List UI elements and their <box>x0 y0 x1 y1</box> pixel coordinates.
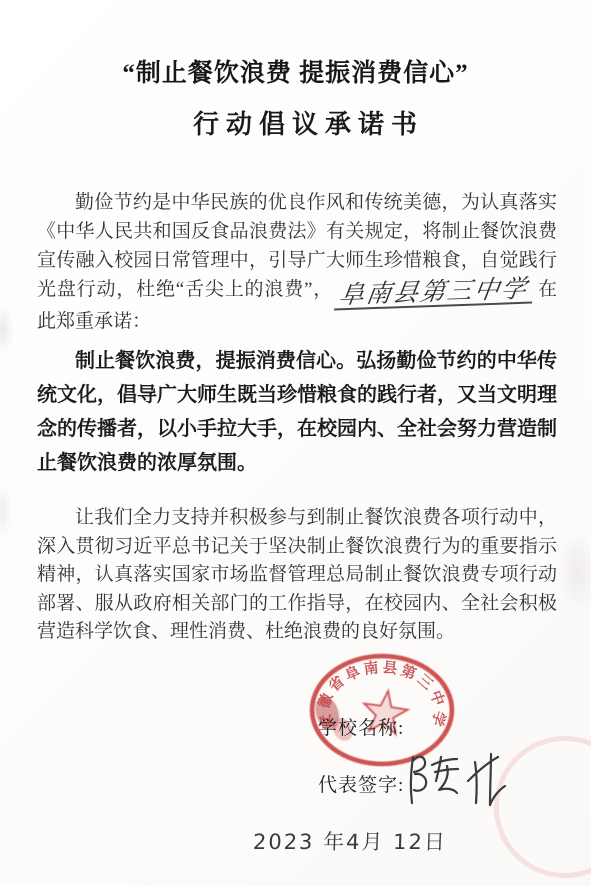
document-title: “制止餐饮浪费 提振消费信心” <box>0 58 591 90</box>
document-subtitle: 行动倡议承诺书 <box>0 109 591 141</box>
school-name-label: 学校名称: <box>318 713 404 740</box>
representative-signature-handwriting <box>402 750 520 810</box>
representative-signature-label: 代表签字: <box>318 770 404 797</box>
paragraph-pledge: 制止餐饮浪费，提振消费信心。弘扬勤俭节约的中华传统文化，倡导广大师生既当珍惜粮食… <box>37 344 557 480</box>
scan-smudge <box>0 303 14 355</box>
document-date: 2023 年4月 12日 <box>252 826 473 856</box>
scan-smudge <box>558 532 591 612</box>
commitment-letter-page: “制止餐饮浪费 提振消费信心” 行动倡议承诺书 勤俭节约是中华民族的优良作风和传… <box>0 0 591 886</box>
paragraph-intro: 勤俭节约是中华民族的优良作风和传统美德，为认真落实《中华人民共和国反食品浪费法》… <box>37 188 557 336</box>
scan-smudge <box>0 482 12 540</box>
handwritten-school-name: 阜南县第三中学 <box>334 275 536 311</box>
paragraph-action: 让我们全力支持并积极参与到制止餐饮浪费各项行动中，深入贯彻习近平总书记关于坚决制… <box>37 504 557 647</box>
